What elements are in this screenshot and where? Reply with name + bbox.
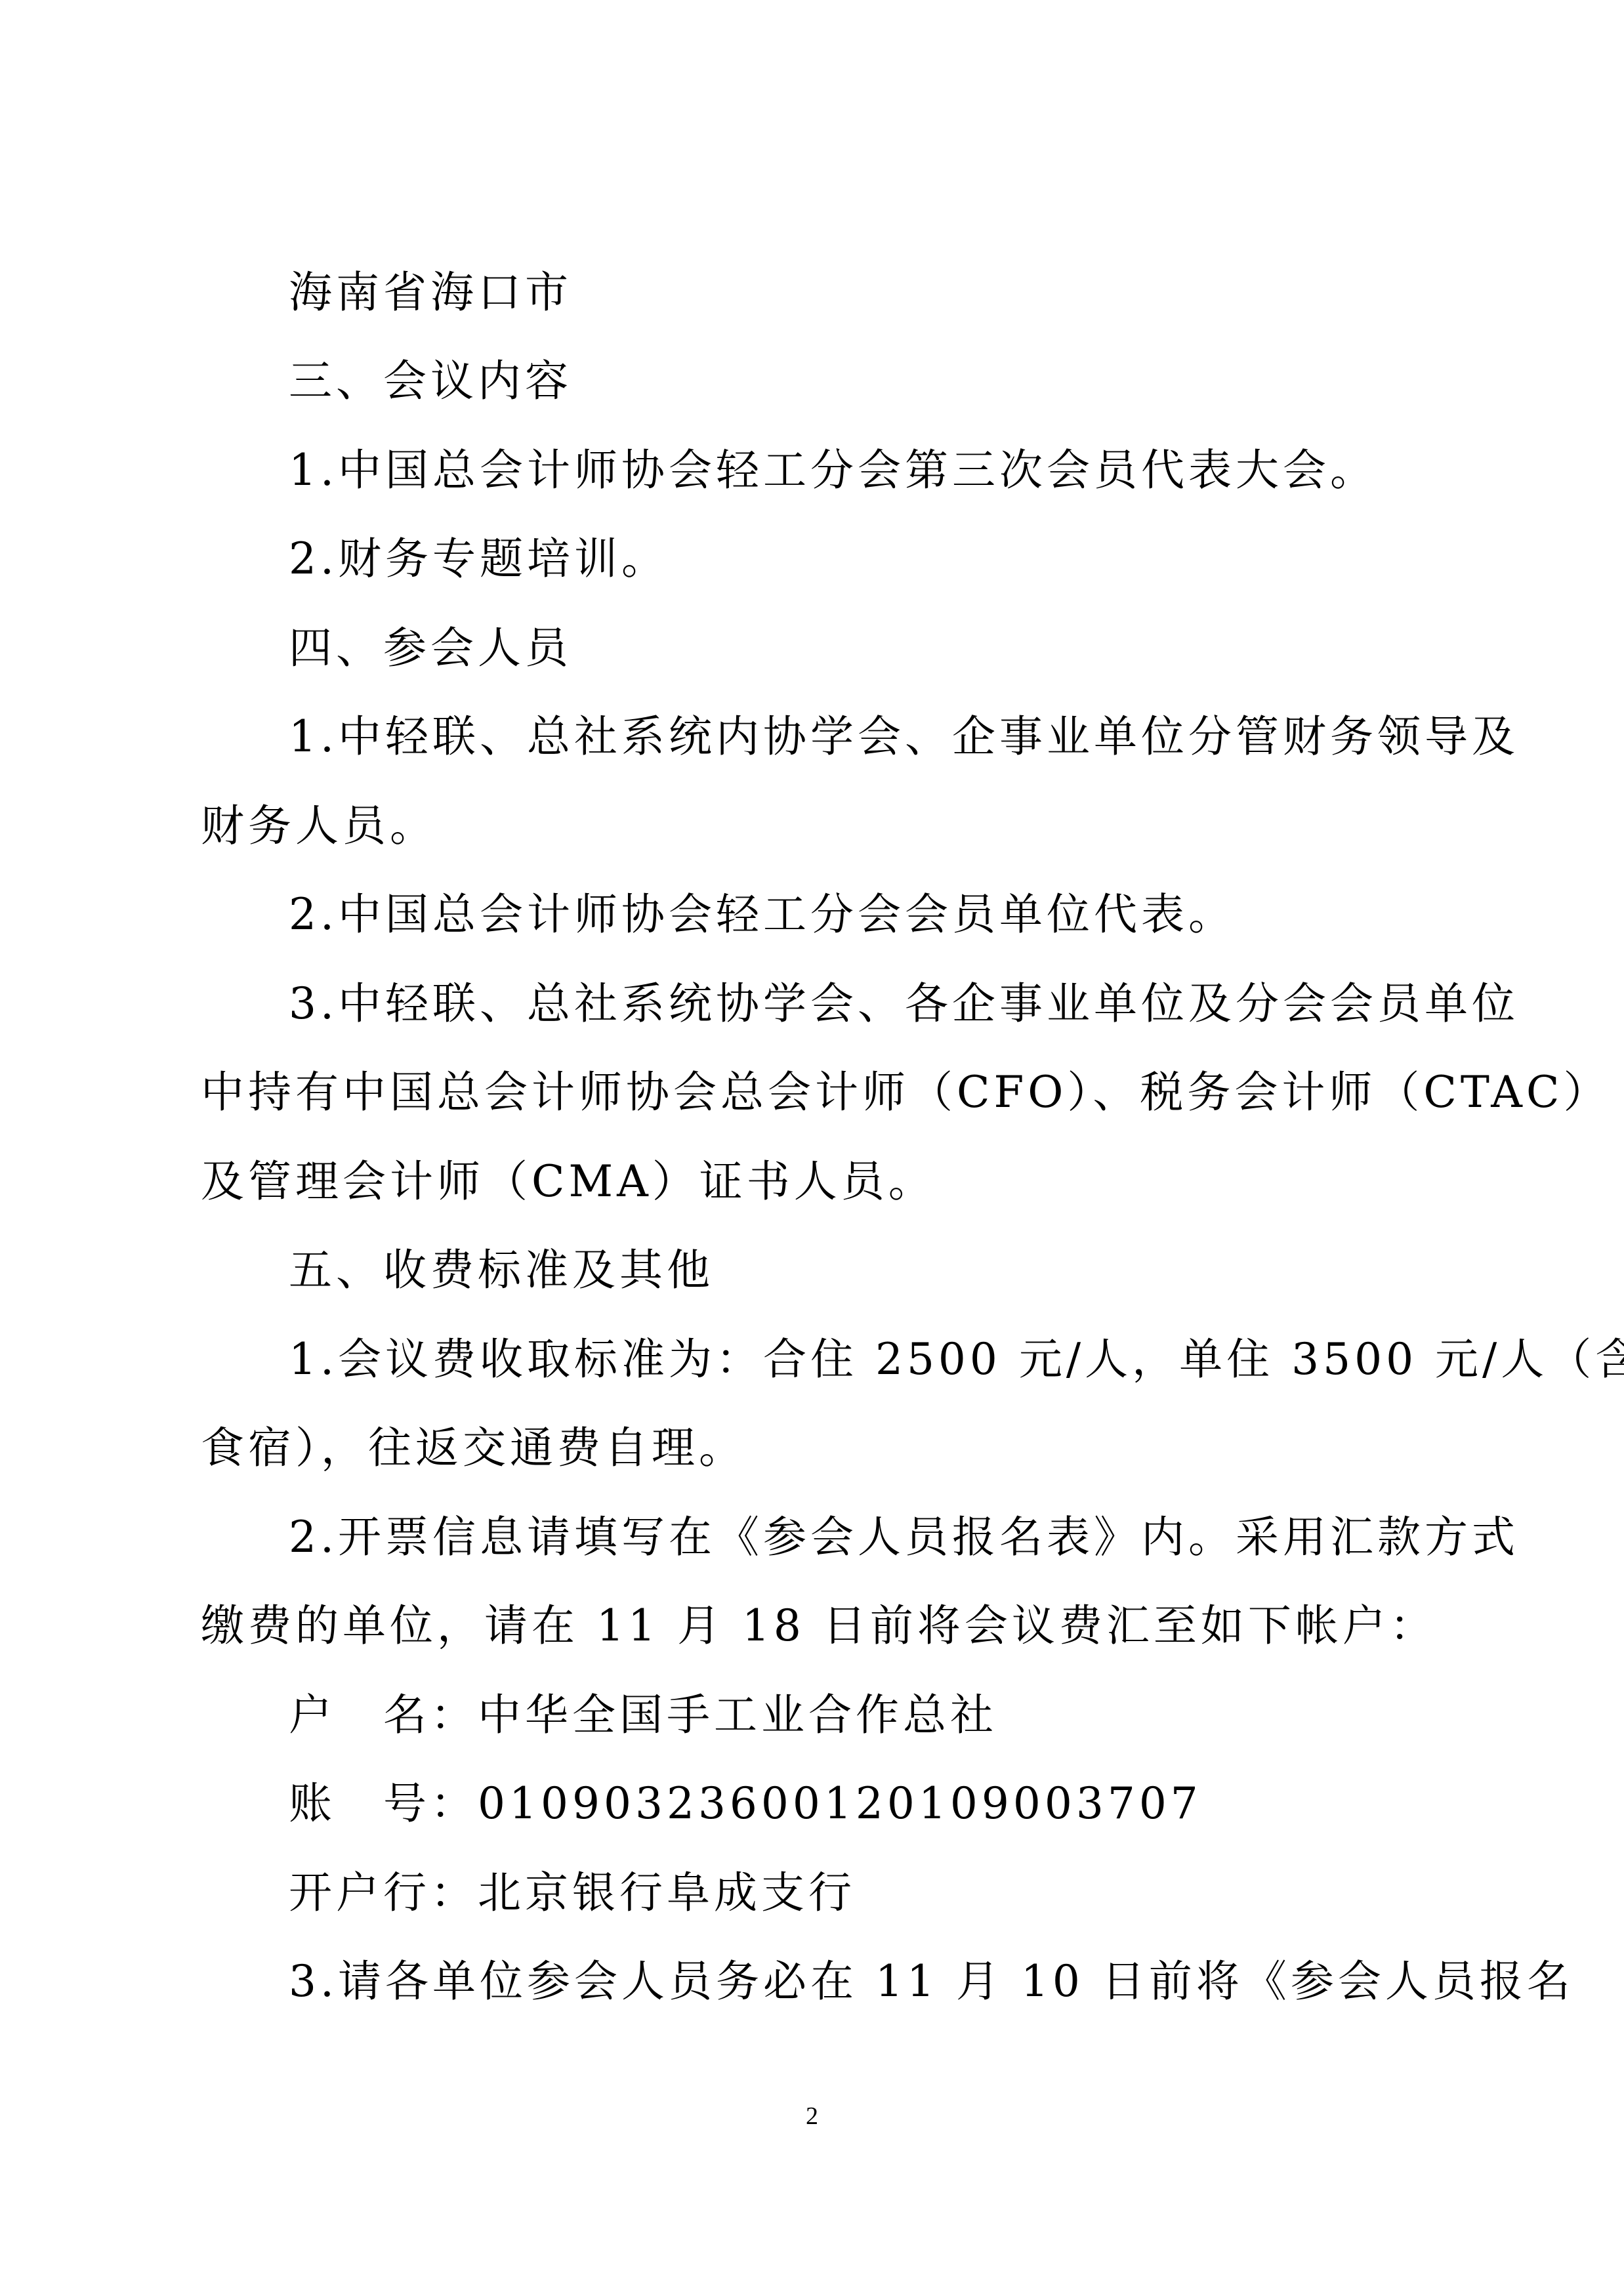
- document-page: 海南省海口市 三、会议内容 1.中国总会计师协会轻工分会第三次会员代表大会。 2…: [0, 0, 1624, 2294]
- attendee-item-3-cont2: 及管理会计师（CMA）证书人员。: [201, 1137, 1441, 1226]
- attendee-item-2: 2.中国总会计师协会轻工分会会员单位代表。: [289, 870, 1441, 959]
- fee-item-1: 1.会议费收取标准为：合住 2500 元/人，单住 3500 元/人（含: [289, 1315, 1441, 1404]
- section-heading-attendees: 四、参会人员: [289, 604, 1441, 692]
- fee-item-2-cont: 缴费的单位，请在 11 月 18 日前将会议费汇至如下帐户：: [201, 1581, 1441, 1670]
- fee-item-2: 2.开票信息请填写在《参会人员报名表》内。采用汇款方式: [289, 1493, 1441, 1581]
- section-heading-fees: 五、收费标准及其他: [289, 1226, 1441, 1314]
- section-heading-meeting-content: 三、会议内容: [289, 337, 1441, 425]
- account-name: 户 名：中华全国手工业合作总社: [289, 1671, 1441, 1759]
- account-bank: 开户行：北京银行阜成支行: [289, 1848, 1441, 1937]
- content-item-1: 1.中国总会计师协会轻工分会第三次会员代表大会。: [289, 426, 1441, 514]
- attendee-item-3-cont: 中持有中国总会计师协会总会计师（CFO）、税务会计师（CTAC）: [201, 1048, 1441, 1137]
- location-line: 海南省海口市: [289, 248, 1441, 337]
- attendee-item-1: 1.中轻联、总社系统内协学会、企事业单位分管财务领导及: [289, 692, 1441, 781]
- fee-item-1-cont: 食宿），往返交通费自理。: [201, 1404, 1441, 1492]
- fee-item-3: 3.请各单位参会人员务必在 11 月 10 日前将《参会人员报名: [289, 1937, 1441, 2026]
- account-number: 账 号：01090323600120109003707: [289, 1759, 1441, 1848]
- attendee-item-3: 3.中轻联、总社系统协学会、各企事业单位及分会会员单位: [289, 959, 1441, 1048]
- page-number: 2: [787, 2096, 837, 2136]
- attendee-item-1-cont: 财务人员。: [201, 782, 1441, 870]
- content-item-2: 2.财务专题培训。: [289, 514, 1441, 603]
